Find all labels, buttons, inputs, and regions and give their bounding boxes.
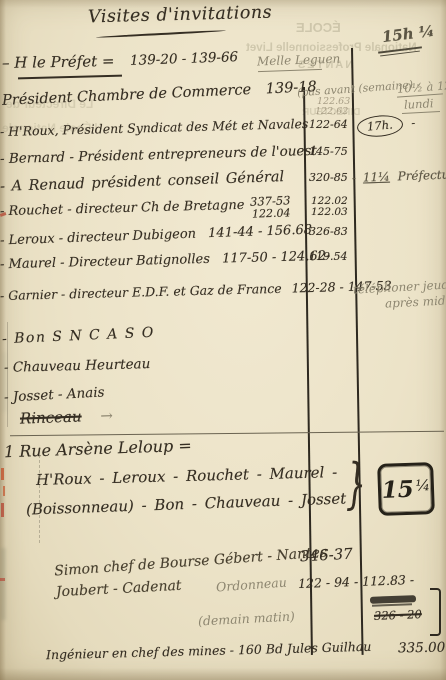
renaud-col-number: 320-85 bbox=[309, 172, 348, 184]
prefet-pencil-note: Melle Leguen bbox=[257, 53, 341, 68]
entry-bernard: - Bernard - Président entrepreneurs de l… bbox=[0, 144, 317, 166]
entry-maurel: - Maurel - Directeur Batignolles 117-50 … bbox=[0, 250, 331, 272]
entry-simon: Simon chef de Bourse Gébert - Nantes bbox=[54, 545, 328, 579]
orange-margin-mark-3 bbox=[1, 503, 4, 517]
page-title: Visites d'invitations bbox=[88, 4, 273, 27]
schedule-day: lundi bbox=[404, 97, 434, 111]
chambre-phone-number: 139-18 bbox=[265, 79, 317, 97]
margin-rule-fragment bbox=[7, 322, 8, 427]
margin-smudge-1 bbox=[0, 548, 6, 620]
entry-leroux-text: - Leroux - directeur Dubigeon bbox=[0, 227, 196, 249]
joubert-pencil-name: Ordonneau bbox=[216, 576, 288, 594]
closing-bracket-mark bbox=[430, 588, 441, 636]
annot-dash: - bbox=[352, 171, 357, 185]
ingenieur-number: 335.00 bbox=[398, 641, 445, 656]
rouchet-col-number-2: 122.03 bbox=[311, 207, 348, 218]
title-underline bbox=[96, 30, 226, 39]
entry-maurel-text: - Maurel - Directeur Batignolles bbox=[0, 252, 210, 272]
group-brace: } bbox=[346, 456, 366, 513]
entry-garnier: - Garnier - directeur E.D.F. et Gaz de F… bbox=[0, 279, 392, 302]
group-names-line1: H'Roux - Leroux - Rouchet - Maurel - bbox=[36, 465, 338, 489]
time-box: 15 ¼ bbox=[377, 462, 435, 516]
time-box-fraction: ¼ bbox=[415, 476, 430, 494]
entry-leroux: - Leroux - directeur Dubigeon 141-44 - 1… bbox=[0, 224, 312, 249]
section-divider-line bbox=[10, 431, 444, 437]
entry-garnier-text: - Garnier - directeur E.D.F. et Gaz de F… bbox=[0, 281, 282, 303]
rouchet-number-2: 122.04 bbox=[252, 207, 291, 220]
entry-renaud: - A Renaud président conseil Général bbox=[0, 170, 284, 195]
time-note-top-right: 15h ¼ bbox=[381, 24, 435, 46]
roux-col-number: 122-64 bbox=[309, 119, 348, 131]
simon-phone-number: 346-37 bbox=[300, 547, 354, 565]
after-circle-dash: - bbox=[411, 115, 416, 129]
group-names-line2: (Boissonneau) - Bon - Chauveau - Josset bbox=[26, 491, 347, 518]
entry-joubert: Joubert - Cadenat bbox=[56, 579, 182, 600]
margin-smudge-2 bbox=[2, 352, 6, 412]
joubert-struck-number: 326 - 20 bbox=[374, 608, 422, 622]
orange-margin-mark-2 bbox=[3, 486, 5, 496]
bleedthrough-ecole: ÉCOLE bbox=[296, 20, 341, 35]
prefet-phone-numbers: 139-20 - 139-66 bbox=[130, 50, 239, 68]
entry-rinceau: Rinceau → bbox=[20, 408, 113, 427]
entry-josset: - Josset - Anais bbox=[4, 385, 105, 404]
entry-rouchet: - Rouchet - directeur Ch de Bretagne bbox=[0, 199, 245, 219]
annot-time: 11¼ bbox=[363, 170, 390, 185]
entry-chauveau: - Chauveau Heurteau bbox=[4, 357, 151, 375]
rinceau-name-struck: Rinceau bbox=[20, 407, 82, 427]
faint-number-2: 122.62 bbox=[315, 107, 348, 117]
column-rule-right bbox=[351, 48, 363, 655]
entry-prefet: – H le Préfet = bbox=[2, 54, 115, 72]
leroux-col-number: 326-83 bbox=[309, 226, 348, 238]
maurel-col-number: 119.54 bbox=[309, 251, 348, 263]
entry-ingenieur: Ingénieur en chef des mines - 160 Bd Jul… bbox=[46, 640, 372, 662]
pencil-crease-line bbox=[39, 455, 40, 543]
arrow-right-mark: → bbox=[100, 406, 113, 424]
joubert-phone-numbers: 122 - 94 - 112.83 - bbox=[298, 573, 414, 590]
time-box-hours: 15 bbox=[381, 475, 414, 503]
pencil-note-demain: (demain matin) bbox=[198, 609, 295, 627]
street-header: 1 Rue Arsène Leloup = bbox=[4, 438, 192, 461]
time-circle: 17h. bbox=[356, 114, 403, 139]
entry-chambre-text: Président Chambre de Commerce bbox=[2, 82, 252, 109]
garnier-pencil-line2: après midi bbox=[385, 294, 446, 310]
schedule-time: 10½ à 12 bbox=[397, 79, 446, 95]
entry-chambre: Président Chambre de Commerce 139-18 bbox=[2, 80, 317, 109]
roux-circled-time-row: 17h. - bbox=[356, 113, 416, 139]
orange-margin-mark-1 bbox=[1, 468, 4, 480]
scanned-handwritten-page: ÉCOLE Nationale Professionnelle Livet NA… bbox=[0, 0, 446, 680]
leroux-phone-numbers: 141-44 - 156.68 bbox=[208, 223, 312, 242]
prefet-underline bbox=[18, 75, 122, 80]
entry-bon: - Bon S N C A S O bbox=[2, 326, 155, 347]
scribble-underline bbox=[372, 603, 412, 606]
renaud-pencil-annotation: - 11¼ Préfecture bbox=[352, 168, 446, 184]
annot-place: Préfecture bbox=[397, 167, 446, 183]
bernard-col-number: 145-75 bbox=[309, 146, 348, 158]
